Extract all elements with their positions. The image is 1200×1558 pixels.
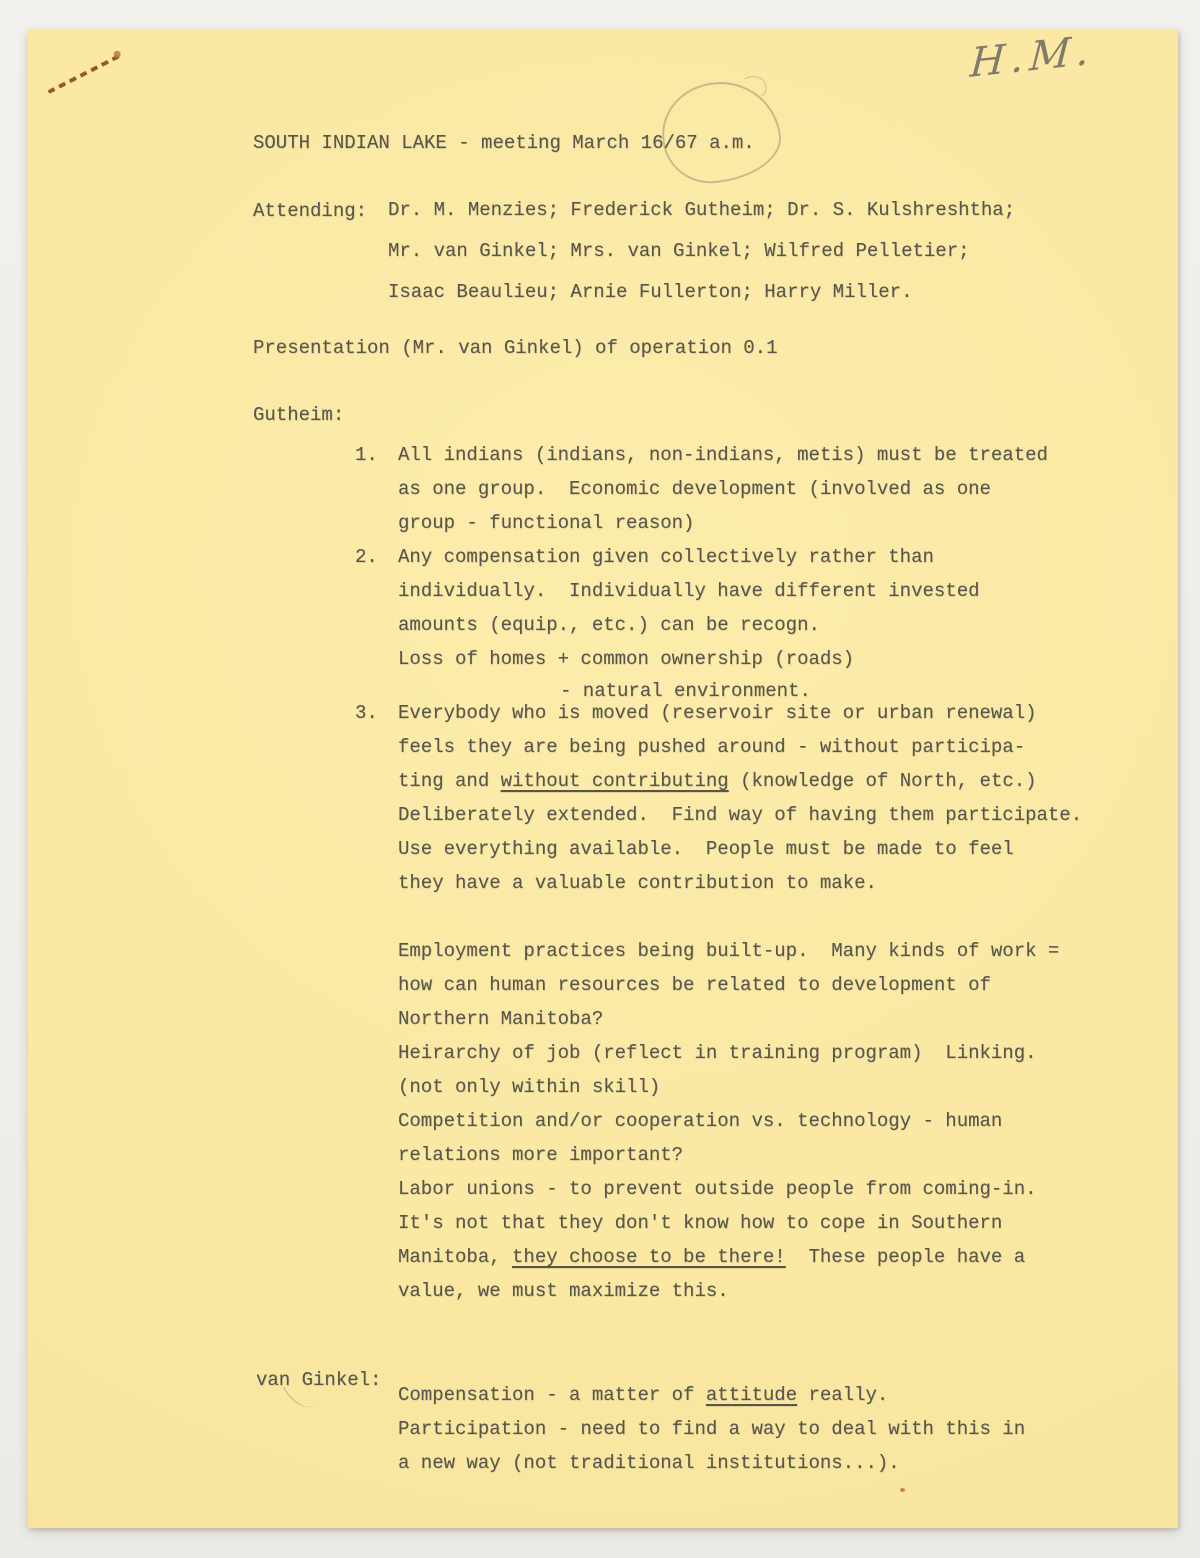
text-line: Manitoba, they choose to be there! These… (398, 1240, 1059, 1274)
text-line: Everybody who is moved (reservoir site o… (398, 696, 1082, 730)
rust-stain (47, 54, 120, 94)
van-ginkel-paragraph: Compensation - a matter of attitude real… (398, 1378, 1025, 1480)
attending-label: Attending: (253, 194, 367, 228)
list-item: 2.Any compensation given collectively ra… (355, 540, 1082, 706)
text-segment: Everybody who is moved (reservoir site o… (398, 702, 1037, 724)
text-segment: relations more important? (398, 1144, 683, 1166)
text-segment: individually. Individually have differen… (398, 580, 980, 602)
document-title: SOUTH INDIAN LAKE - meeting March 16/67 … (253, 126, 755, 160)
attending-names-list: Dr. M. Menzies; Frederick Gutheim; Dr. S… (388, 190, 1015, 313)
text-segment: how can human resources be related to de… (398, 974, 991, 996)
text-line: relations more important? (398, 1138, 1059, 1172)
text-segment: a new way (not traditional institutions.… (398, 1452, 900, 1474)
text-segment: Employment practices being built-up. Man… (398, 940, 1059, 962)
text-segment: feels they are being pushed around - wit… (398, 736, 1025, 758)
underlined-text: attitude (706, 1384, 797, 1406)
text-segment: (not only within skill) (398, 1076, 660, 1098)
text-line: as one group. Economic development (invo… (398, 472, 1048, 506)
text-segment: ting and (398, 770, 501, 792)
gutheim-paragraph: Employment practices being built-up. Man… (398, 934, 1059, 1308)
text-segment: Any compensation given collectively rath… (398, 546, 934, 568)
text-line: feels they are being pushed around - wit… (398, 730, 1082, 764)
underlined-text: without contributing (501, 770, 729, 792)
text-line: It's not that they don't know how to cop… (398, 1206, 1059, 1240)
rust-speck (900, 1488, 905, 1492)
presentation-line: Presentation (Mr. van Ginkel) of operati… (253, 331, 778, 365)
text-segment: Compensation - a matter of (398, 1384, 706, 1406)
text-segment: amounts (equip., etc.) can be recogn. (398, 614, 820, 636)
text-segment: These people have a (786, 1246, 1025, 1268)
text-line: Any compensation given collectively rath… (398, 540, 980, 574)
attending-name-line: Mr. van Ginkel; Mrs. van Ginkel; Wilfred… (388, 231, 1015, 272)
item-number: 3. (355, 696, 398, 730)
item-number: 1. (355, 438, 398, 472)
text-segment: (knowledge of North, etc.) (729, 770, 1037, 792)
text-line: amounts (equip., etc.) can be recogn. (398, 608, 980, 642)
scanned-page: { "document": { "title": "SOUTH INDIAN L… (0, 0, 1200, 1558)
text-segment: Competition and/or cooperation vs. techn… (398, 1110, 1002, 1132)
text-segment: really. (797, 1384, 888, 1406)
text-line: Northern Manitoba? (398, 1002, 1059, 1036)
text-line: they have a valuable contribution to mak… (398, 866, 1082, 900)
text-segment: Deliberately extended. Find way of havin… (398, 804, 1082, 826)
document-paper: H.M. SOUTH INDIAN LAKE - meeting March 1… (28, 30, 1178, 1528)
text-line: value, we must maximize this. (398, 1274, 1059, 1308)
text-segment: Participation - need to find a way to de… (398, 1418, 1025, 1440)
list-item: 3.Everybody who is moved (reservoir site… (355, 696, 1082, 900)
text-segment: All indians (indians, non-indians, metis… (398, 444, 1048, 466)
text-line: Compensation - a matter of attitude real… (398, 1378, 1025, 1412)
text-segment: value, we must maximize this. (398, 1280, 729, 1302)
attending-name-line: Isaac Beaulieu; Arnie Fullerton; Harry M… (388, 272, 1015, 313)
handwritten-initials: H.M. (969, 27, 1097, 87)
text-segment: Manitoba, (398, 1246, 512, 1268)
item-number: 2. (355, 540, 398, 574)
text-line: ting and without contributing (knowledge… (398, 764, 1082, 798)
text-line: how can human resources be related to de… (398, 968, 1059, 1002)
text-line: Deliberately extended. Find way of havin… (398, 798, 1082, 832)
text-segment: It's not that they don't know how to cop… (398, 1212, 1002, 1234)
text-line: Heirarchy of job (reflect in training pr… (398, 1036, 1059, 1070)
text-segment: as one group. Economic development (invo… (398, 478, 991, 500)
text-line: individually. Individually have differen… (398, 574, 980, 608)
text-segment: Labor unions - to prevent outside people… (398, 1178, 1037, 1200)
gutheim-numbered-list: 1.All indians (indians, non-indians, met… (355, 438, 1082, 900)
item-lines: All indians (indians, non-indians, metis… (398, 438, 1048, 540)
text-line: Participation - need to find a way to de… (398, 1412, 1025, 1446)
text-segment: group - functional reason) (398, 512, 694, 534)
item-lines: Any compensation given collectively rath… (398, 540, 980, 706)
list-item: 1.All indians (indians, non-indians, met… (355, 438, 1082, 540)
text-line: group - functional reason) (398, 506, 1048, 540)
speaker-label-gutheim: Gutheim: (253, 398, 344, 432)
text-line: Use everything available. People must be… (398, 832, 1082, 866)
text-segment: Northern Manitoba? (398, 1008, 603, 1030)
text-line: Employment practices being built-up. Man… (398, 934, 1059, 968)
text-line: All indians (indians, non-indians, metis… (398, 438, 1048, 472)
text-line: a new way (not traditional institutions.… (398, 1446, 1025, 1480)
attending-name-line: Dr. M. Menzies; Frederick Gutheim; Dr. S… (388, 190, 1015, 231)
text-line: (not only within skill) (398, 1070, 1059, 1104)
text-line: Loss of homes + common ownership (roads) (398, 642, 980, 676)
speaker-label-van-ginkel: van Ginkel: (256, 1363, 381, 1397)
text-segment: Use everything available. People must be… (398, 838, 1014, 860)
text-segment: they have a valuable contribution to mak… (398, 872, 877, 894)
item-lines: Everybody who is moved (reservoir site o… (398, 696, 1082, 900)
text-line: Competition and/or cooperation vs. techn… (398, 1104, 1059, 1138)
text-line: Labor unions - to prevent outside people… (398, 1172, 1059, 1206)
text-segment: Loss of homes + common ownership (roads) (398, 648, 854, 670)
text-segment: Heirarchy of job (reflect in training pr… (398, 1042, 1037, 1064)
underlined-text: they choose to be there! (512, 1246, 786, 1268)
